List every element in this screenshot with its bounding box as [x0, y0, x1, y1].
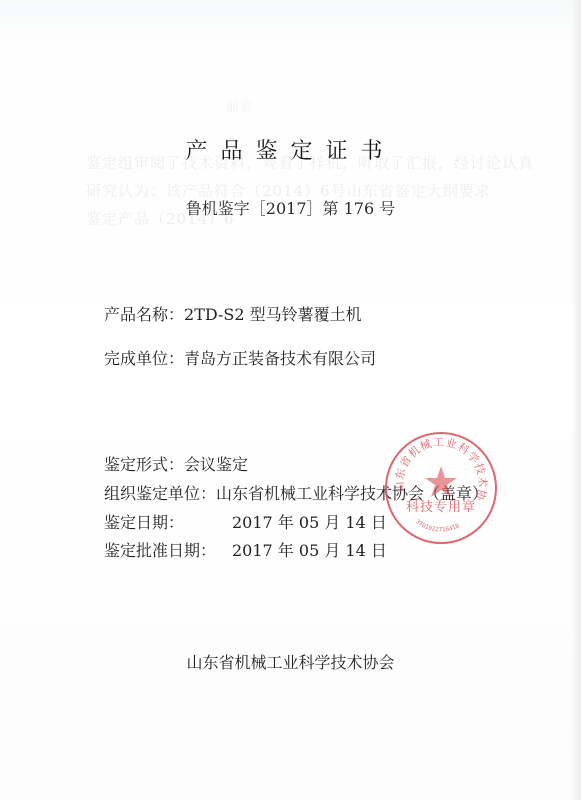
approval-date-value: 2017 年 05 月 14 日	[232, 538, 387, 561]
svg-text:山东省机械工业科学技术协会: 山东省机械工业科学技术协会	[385, 432, 490, 503]
appraisal-form-label: 鉴定形式：	[104, 455, 184, 474]
seal-star-icon: 山东省机械工业科学技术协会 3701022716418	[385, 432, 497, 544]
product-name-field: 产品名称：2TD-S2 型马铃薯覆土机	[104, 302, 362, 325]
completion-unit-label: 完成单位：	[104, 349, 184, 368]
page-edge-shadow	[571, 0, 581, 800]
product-name-label: 产品名称：	[104, 305, 184, 324]
completion-unit-value: 青岛方正装备技术有限公司	[184, 349, 376, 368]
certificate-page: 前言 鉴定组审阅了技术资料，观看了样机，听取了汇报，经讨论认真 研究认为：该产品…	[0, 0, 581, 800]
appraisal-form-value: 会议鉴定	[184, 455, 248, 474]
bleed-through-text: 前言	[226, 96, 254, 115]
appraisal-date-label: 鉴定日期：	[104, 513, 184, 532]
approval-date-field: 鉴定批准日期：2017 年 05 月 14 日	[104, 538, 216, 561]
svg-text:3701022716418: 3701022716418	[414, 518, 461, 533]
appraisal-date-field: 鉴定日期：2017 年 05 月 14 日	[104, 510, 184, 533]
footer-organization: 山东省机械工业科学技术协会	[0, 650, 581, 673]
seal-center-text: 科技专用章	[387, 496, 495, 515]
certificate-title: 产品鉴定证书	[0, 134, 581, 165]
document-number: 鲁机鉴字［2017］第 176 号	[0, 196, 581, 219]
organizer-label: 组织鉴定单位：	[104, 484, 216, 503]
official-seal: 山东省机械工业科学技术协会 3701022716418 科技专用章	[385, 432, 497, 544]
appraisal-form-field: 鉴定形式：会议鉴定	[104, 452, 248, 475]
completion-unit-field: 完成单位：青岛方正装备技术有限公司	[104, 346, 376, 369]
appraisal-date-value: 2017 年 05 月 14 日	[232, 510, 387, 533]
product-name-value: 2TD-S2 型马铃薯覆土机	[184, 305, 362, 324]
approval-date-label: 鉴定批准日期：	[104, 541, 216, 560]
